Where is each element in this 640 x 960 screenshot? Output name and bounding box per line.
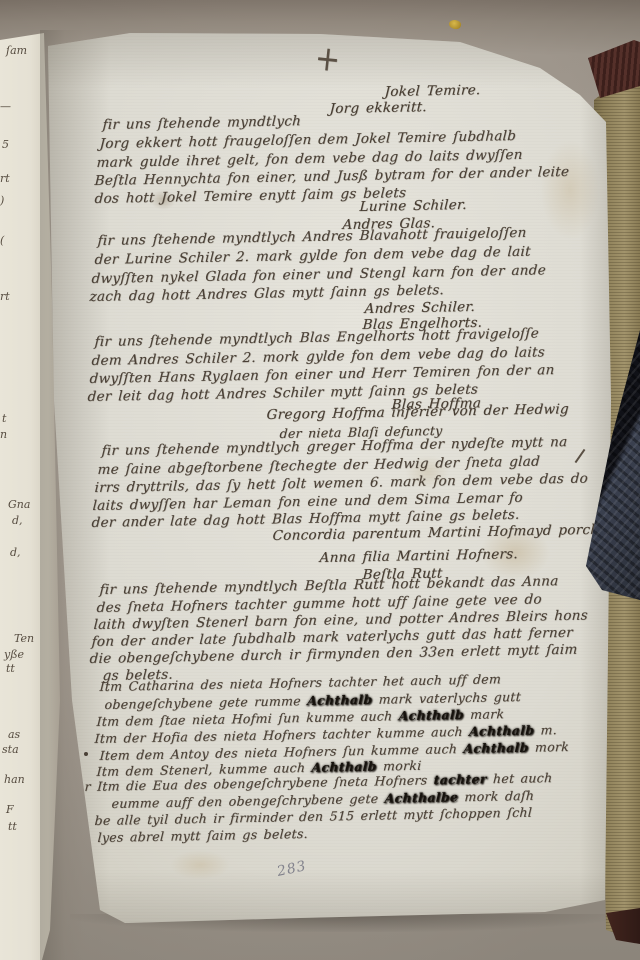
left-page-text-fragment: n [0, 428, 7, 441]
ink-blot-word: Achthalb [398, 707, 464, 723]
line-text: mork [528, 739, 569, 755]
ink-blot-word: Achthalbe [384, 789, 458, 805]
ink-blot-word: Achthalb [307, 692, 373, 708]
left-page-text-fragment: Ten [14, 632, 34, 645]
section-heading: Jokel Temire. [384, 82, 481, 100]
debris-speck [448, 18, 462, 31]
left-page-text-fragment: ( [0, 234, 4, 247]
ink-blot-word: Achthalb [469, 723, 535, 739]
line-text: morki [376, 758, 421, 774]
left-page-text-fragment: sta [2, 743, 19, 756]
margin-dot [84, 752, 88, 756]
left-page-text-fragment: tt [6, 662, 15, 675]
section-heading: Jorg ekkeritt. [329, 99, 427, 117]
manuscript-line: lyes abrel mytt ſaim gs belets. [97, 826, 308, 845]
left-page-text-fragment: han [4, 773, 25, 786]
left-page-text-fragment: d, [10, 546, 21, 559]
page-number-top: 283 [544, 43, 593, 77]
manuscript-line: fir uns ſtehende myndtlych [102, 113, 301, 133]
left-page-text-fragment: 5 [2, 138, 9, 151]
left-page-text-fragment: tt [8, 820, 17, 833]
left-page-text-fragment: Gna [8, 498, 30, 511]
ink-blot-word: Achthalb [463, 740, 529, 756]
left-page-text-fragment: ſam [6, 44, 27, 57]
section-heading: Gregorg Hoffma inferier von der Hedwig [266, 401, 569, 423]
left-page-text-fragment: rt [0, 290, 10, 303]
left-page-text-fragment: as [8, 728, 20, 741]
line-text: mark [464, 706, 505, 722]
line-text: lyes abrel mytt ſaim gs belets. [97, 826, 308, 845]
line-text: mark vaterlychs gutt [372, 689, 521, 707]
left-page-text-fragment: yße [4, 648, 24, 661]
left-page-text-fragment: rt [0, 172, 10, 185]
left-page-text-fragment: t [2, 412, 6, 425]
ink-blot-word: tachter [433, 771, 487, 787]
cross-mark: + [313, 38, 342, 81]
left-page-text-fragment: F [6, 803, 14, 816]
left-page-text-fragment: d, [12, 514, 23, 527]
paper-stain [540, 140, 600, 240]
manuscript-page: + 283 283 Jokel Temire. Jorg ekkeritt. f… [0, 0, 640, 960]
section-heading: Lurine Schiler. [359, 197, 467, 215]
line-text: mork daſh [458, 788, 535, 804]
paper-stain [170, 850, 230, 880]
left-page-text-fragment: — [0, 100, 11, 113]
line-text: m. [534, 722, 557, 737]
line-text: obengeſchybene gete rumme [104, 693, 307, 712]
photo-background: ſam — 5 rt ) ( rt t n Gna d, d, Ten yße … [0, 0, 640, 960]
ink-blot-word: Achthalb [311, 759, 377, 775]
left-page-text-fragment: ) [0, 194, 4, 207]
line-text: het auch [486, 770, 552, 786]
